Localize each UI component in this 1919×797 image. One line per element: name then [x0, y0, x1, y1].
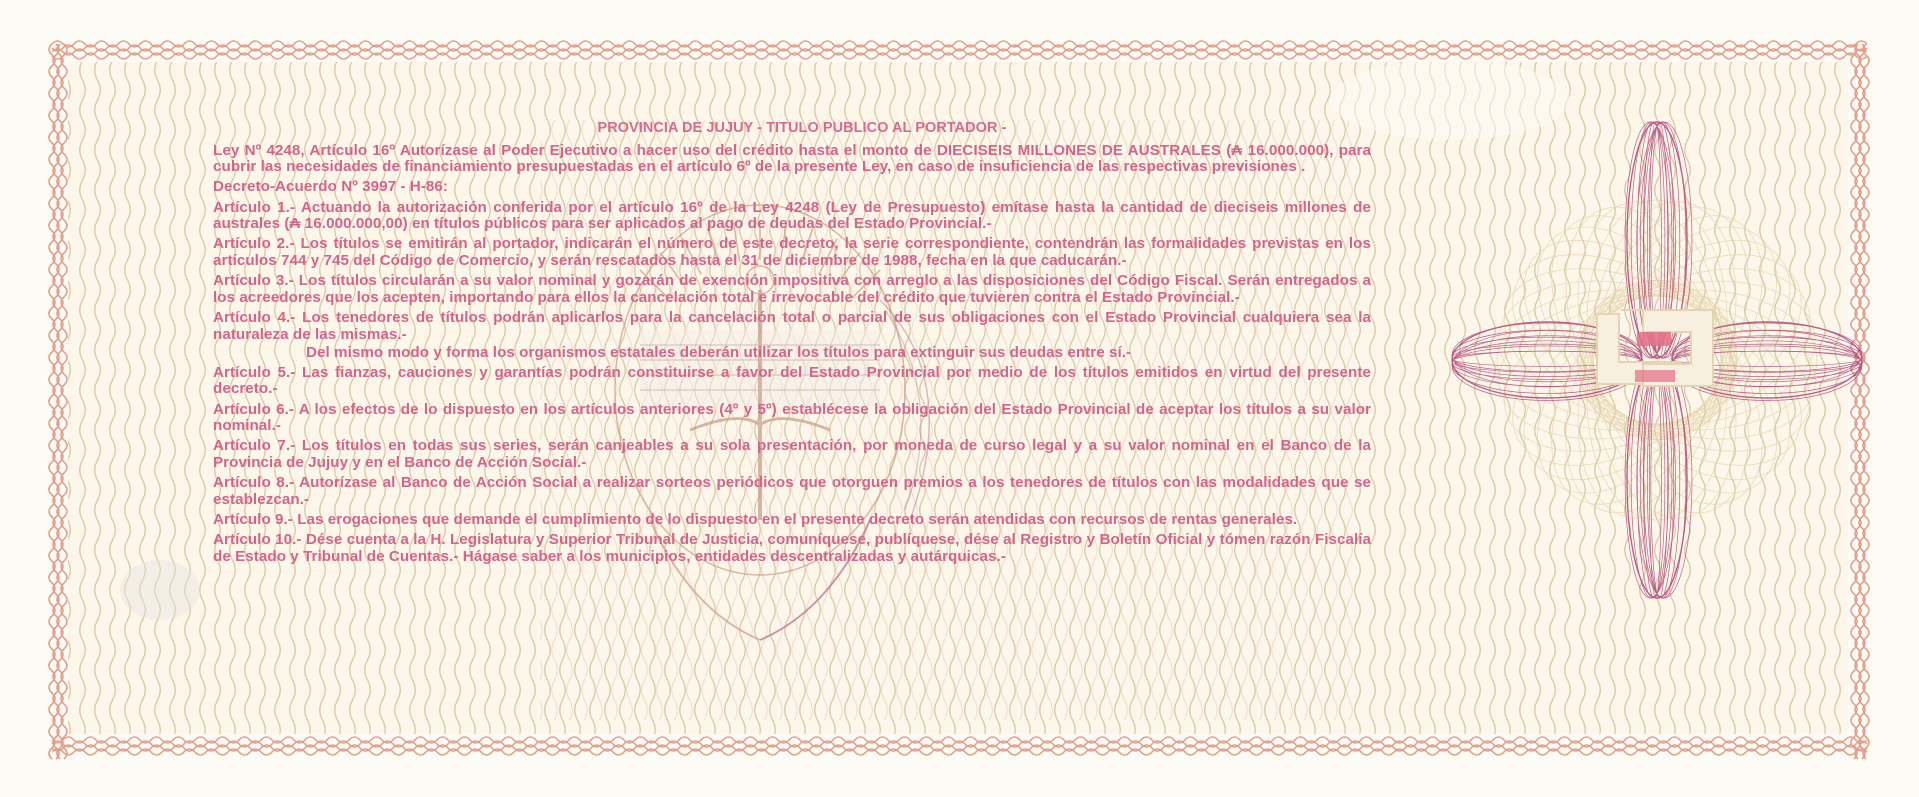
decree-heading: Decreto-Acuerdo Nº 3997 - H-86: — [213, 179, 1371, 196]
article-paragraph: Artículo 5.- Las fianzas, cauciones y ga… — [213, 365, 1371, 398]
article-paragraph: Artículo 3.- Los títulos circularán a su… — [213, 273, 1371, 306]
article-label: Artículo 8.- — [213, 474, 294, 491]
article-label: Artículo 1.- — [213, 199, 295, 216]
article-label: Artículo 7.- — [213, 437, 295, 454]
article-label: Artículo 4.- — [213, 309, 295, 326]
article-paragraph: Artículo 1.- Actuando la autorización co… — [213, 200, 1371, 233]
document-title: PROVINCIA DE JUJUY - TITULO PUBLICO AL P… — [233, 120, 1371, 137]
article-label: Artículo 3.- — [213, 272, 294, 289]
article-text: Dése cuenta a la H. Legislatura y Superi… — [213, 531, 1371, 565]
article-text: Los títulos se emitirán al portador, ind… — [213, 235, 1371, 269]
article-label: Artículo 6.- — [213, 401, 294, 418]
bond-text: PROVINCIA DE JUJUY - TITULO PUBLICO AL P… — [213, 120, 1371, 569]
article-text: Las erogaciones que demande el cumplimie… — [293, 511, 1297, 528]
article-text: Los títulos en todas sus series, serán c… — [213, 437, 1371, 471]
article-paragraph: Artículo 2.- Los títulos se emitirán al … — [213, 236, 1371, 269]
bond-document: PROVINCIA DE JUJUY - TITULO PUBLICO AL P… — [0, 0, 1919, 797]
law-paragraph: Ley Nº 4248, Artículo 16º Autorízase al … — [213, 143, 1371, 176]
article-text: A los efectos de lo dispuesto en los art… — [213, 401, 1371, 435]
article-label: Artículo 9.- — [213, 511, 293, 528]
article-paragraph: Artículo 8.- Autorízase al Banco de Acci… — [213, 475, 1371, 508]
article-label: Artículo 2.- — [213, 235, 295, 252]
article-label: Artículo 5.- — [213, 364, 295, 381]
article-text: Actuando la autorización conferida por e… — [213, 199, 1371, 233]
article-text: Las fianzas, cauciones y garantías podrá… — [213, 364, 1371, 398]
article-paragraph: Del mismo modo y forma los organismos es… — [213, 345, 1371, 362]
articles-list: Artículo 1.- Actuando la autorización co… — [213, 200, 1371, 566]
article-paragraph: Artículo 7.- Los títulos en todas sus se… — [213, 438, 1371, 471]
article-text: Los títulos circularán a su valor nomina… — [213, 272, 1371, 306]
article-text: Los tenedores de títulos podrán aplicarl… — [213, 309, 1371, 343]
article-text: Autorízase al Banco de Acción Social a r… — [213, 474, 1371, 508]
article-text: Del mismo modo y forma los organismos es… — [306, 344, 1131, 361]
article-paragraph: Artículo 6.- A los efectos de lo dispues… — [213, 402, 1371, 435]
article-paragraph: Artículo 4.- Los tenedores de títulos po… — [213, 310, 1371, 343]
article-paragraph: Artículo 10.- Dése cuenta a la H. Legisl… — [213, 532, 1371, 565]
article-paragraph: Artículo 9.- Las erogaciones que demande… — [213, 512, 1371, 529]
article-label: Artículo 10.- — [213, 531, 302, 548]
